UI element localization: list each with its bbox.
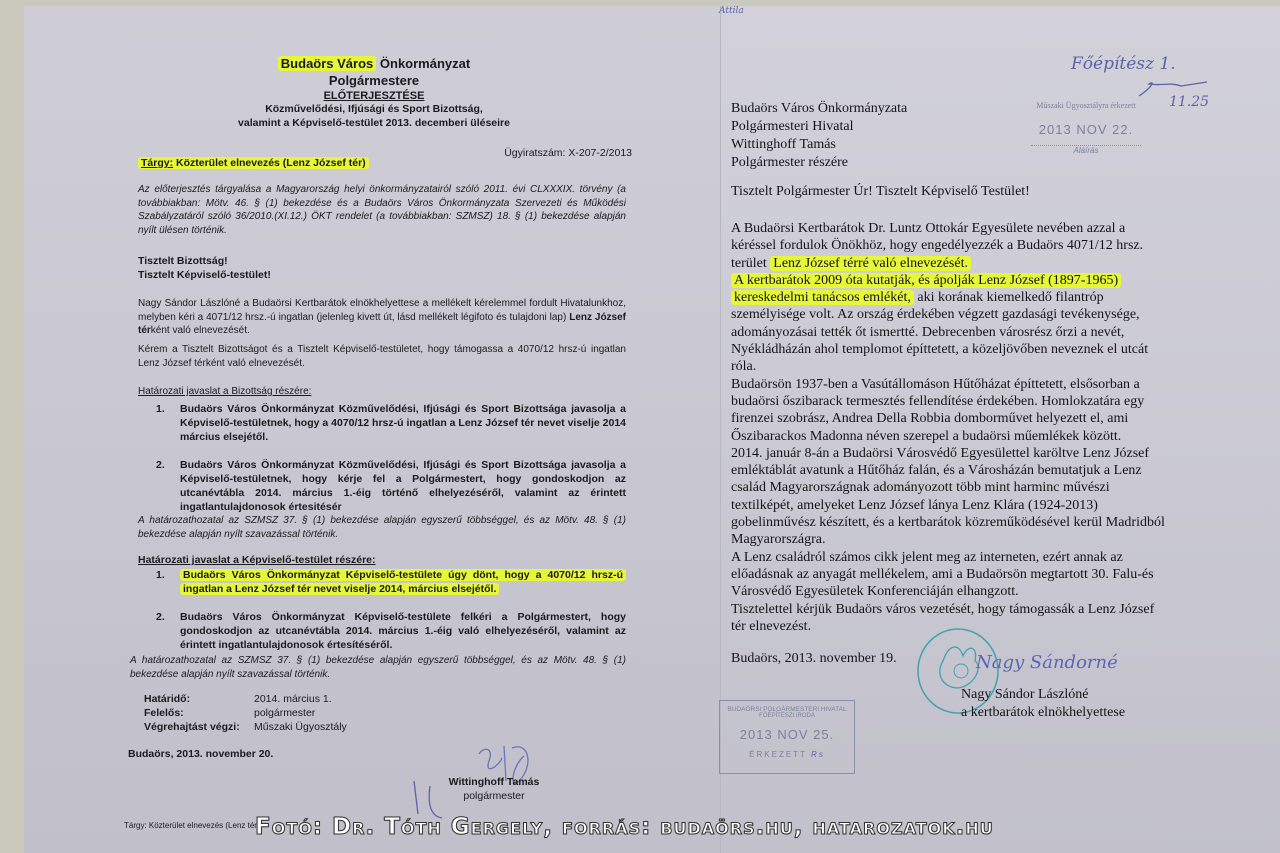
committee-proposal-item: 1. Budaörs Város Önkormányzat Közművelőd…: [156, 402, 626, 444]
arrival-stamp: BUDAÖRSI POLGÁRMESTERI HIVATAL FŐÉPÍTÉSZ…: [719, 700, 855, 774]
document-type: ELŐTERJESZTÉSE: [124, 90, 624, 102]
salutation-committee: Tisztelt Bizottság!: [138, 255, 626, 269]
paragraph: A Lenz családról számos cikk jelent meg …: [731, 549, 1169, 601]
support-paragraph: Kérem a Tisztelt Bizottságot és a Tiszte…: [138, 343, 626, 370]
voting-note: A határozathozatal az SZMSZ 37. § (1) be…: [138, 514, 626, 541]
handwritten-signature: Nagy Sándorné: [976, 652, 1118, 673]
highlighted-text: Lenz József térré való elnevezését.: [770, 256, 971, 271]
case-number: Ügyiratszám: X-207-2/2013: [504, 147, 632, 159]
handwritten-date: 11.25: [1169, 94, 1209, 110]
paragraph: A Budaörsi Kertbarátok Dr. Luntz Ottokár…: [731, 220, 1169, 272]
paragraph: A kertbarátok 2009 óta kutatják, és ápol…: [731, 272, 1169, 376]
council-proposal-item: 1. Budaörs Város Önkormányzat Képviselő-…: [156, 568, 626, 596]
document-subtitle: Polgármestere: [124, 73, 624, 88]
intro-paragraph: Az előterjesztés tárgyalása a Magyarorsz…: [138, 183, 626, 237]
signer-title: a kertbarátok elnökhelyettese: [961, 704, 1125, 722]
subject-text: Közterület elnevezés (Lenz József tér): [173, 157, 366, 169]
voting-note: A határozathozatal az SZMSZ 37. § (1) be…: [130, 654, 626, 681]
photo-credit-watermark: Fotó: Dr. Tóth Gergely, forrás: budaörs.…: [255, 814, 994, 840]
signer-title: polgármester: [424, 790, 564, 802]
paragraph: Budaörsön 1937-ben a Vasútállomáson Hűtő…: [731, 376, 1169, 445]
proposal-document-page: Budaörs Város Önkormányzat Polgármestere…: [24, 6, 720, 853]
deadline-row: Határidő: 2014. március 1.: [144, 693, 332, 705]
session-line: valamint a Képviselő-testület 2013. dece…: [124, 117, 624, 129]
recipient-address: Budaörs Város Önkormányzata Polgármester…: [731, 100, 907, 172]
paragraph: 2014. január 8-án a Budaörsi Városvédő E…: [731, 445, 1169, 549]
page-footer: Tárgy: Közterület elnevezés (Lenz tér): [124, 821, 260, 830]
committee-line: Közművelődési, Ifjúsági és Sport Bizotts…: [124, 103, 624, 115]
signer-name: Wittinghoff Tamás: [424, 776, 564, 788]
council-proposal-item: 2. Budaörs Város Önkormányzat Képviselő-…: [156, 610, 626, 652]
place-date: Budaörs, 2013. november 20.: [128, 748, 273, 760]
subject-line: Tárgy: Közterület elnevezés (Lenz József…: [138, 157, 369, 169]
committee-proposal-item: 2. Budaörs Város Önkormányzat Közművelőd…: [156, 458, 626, 514]
greeting: Tisztelt Polgármester Úr! Tisztelt Képvi…: [731, 184, 1030, 200]
council-proposal-heading: Határozati javaslat a Képviselő-testület…: [138, 554, 376, 566]
handwritten-note: Attila: [719, 6, 744, 16]
place-date: Budaörs, 2013. november 19.: [731, 651, 897, 667]
signer-block: Nagy Sándor Lászlóné a kertbarátok elnök…: [961, 686, 1125, 722]
handwritten-note: Főépítész 1.: [1071, 54, 1176, 74]
highlighted-text: Budaörs Város: [278, 56, 376, 71]
letter-body: A Budaörsi Kertbarátok Dr. Luntz Ottokár…: [731, 220, 1169, 635]
salutation-council: Tisztelt Képviselő-testület!: [138, 269, 626, 283]
signer-name: Nagy Sándor Lászlóné: [961, 686, 1125, 704]
responsible-row: Felelős: polgármester: [144, 707, 315, 719]
request-paragraph: Nagy Sándor Lászlóné a Budaörsi Kertbará…: [138, 297, 626, 338]
highlighted-text: Budaörs Város Önkormányzat Képviselő-tes…: [180, 569, 626, 595]
subject-label: Tárgy:: [141, 157, 173, 169]
document-title: Budaörs Város Önkormányzat: [124, 56, 624, 71]
committee-proposal-heading: Határozati javaslat a Bizottság részére:: [138, 386, 311, 397]
received-stamp: Műszaki Ügyosztályra érkezett 2013 NOV 2…: [1011, 101, 1161, 171]
executor-row: Végrehajtást végzi: Műszaki Ügyosztály: [144, 721, 347, 733]
request-letter-page: Attila Főépítész 1. 11.25 Műszaki Ügyosz…: [720, 6, 1280, 853]
